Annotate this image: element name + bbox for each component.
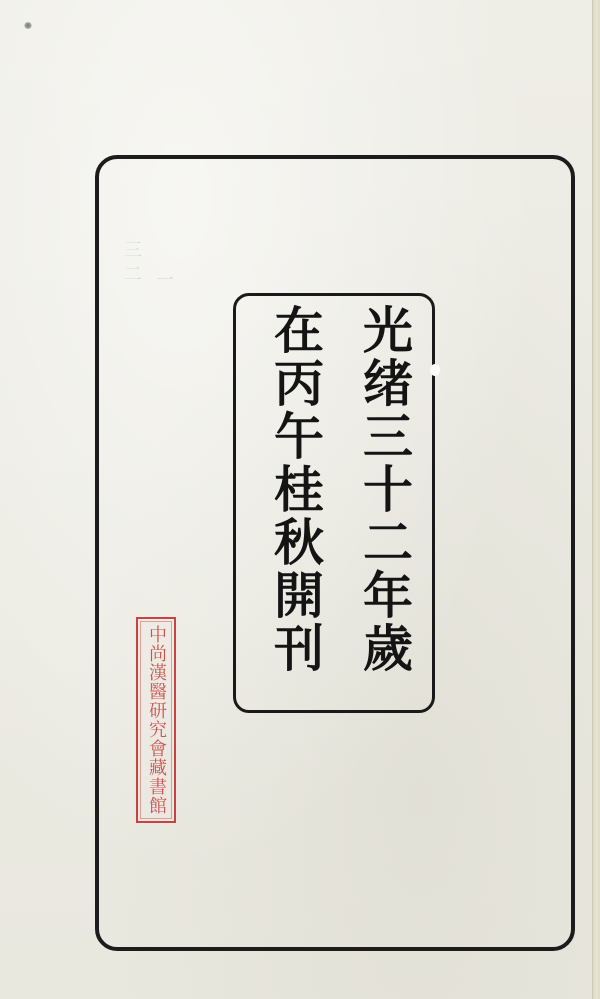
seal-text: 中尚漢醫研究會藏書館 — [140, 621, 172, 819]
paper-pinhole — [430, 364, 440, 376]
page-fold-edge — [592, 0, 600, 999]
collector-seal: 中尚漢醫研究會藏書館 — [136, 617, 176, 823]
bleed-through-text: 一 — [150, 270, 176, 294]
book-page: 三二 一 光绪三十二年歲 在丙午桂秋開刊 中尚漢醫研究會藏書館 — [0, 0, 600, 999]
ink-speck — [24, 22, 32, 29]
title-column-right: 光绪三十二年歲 — [340, 304, 420, 704]
bleed-through-text: 三二 — [118, 240, 144, 288]
title-column-left: 在丙午桂秋開刊 — [251, 304, 331, 704]
